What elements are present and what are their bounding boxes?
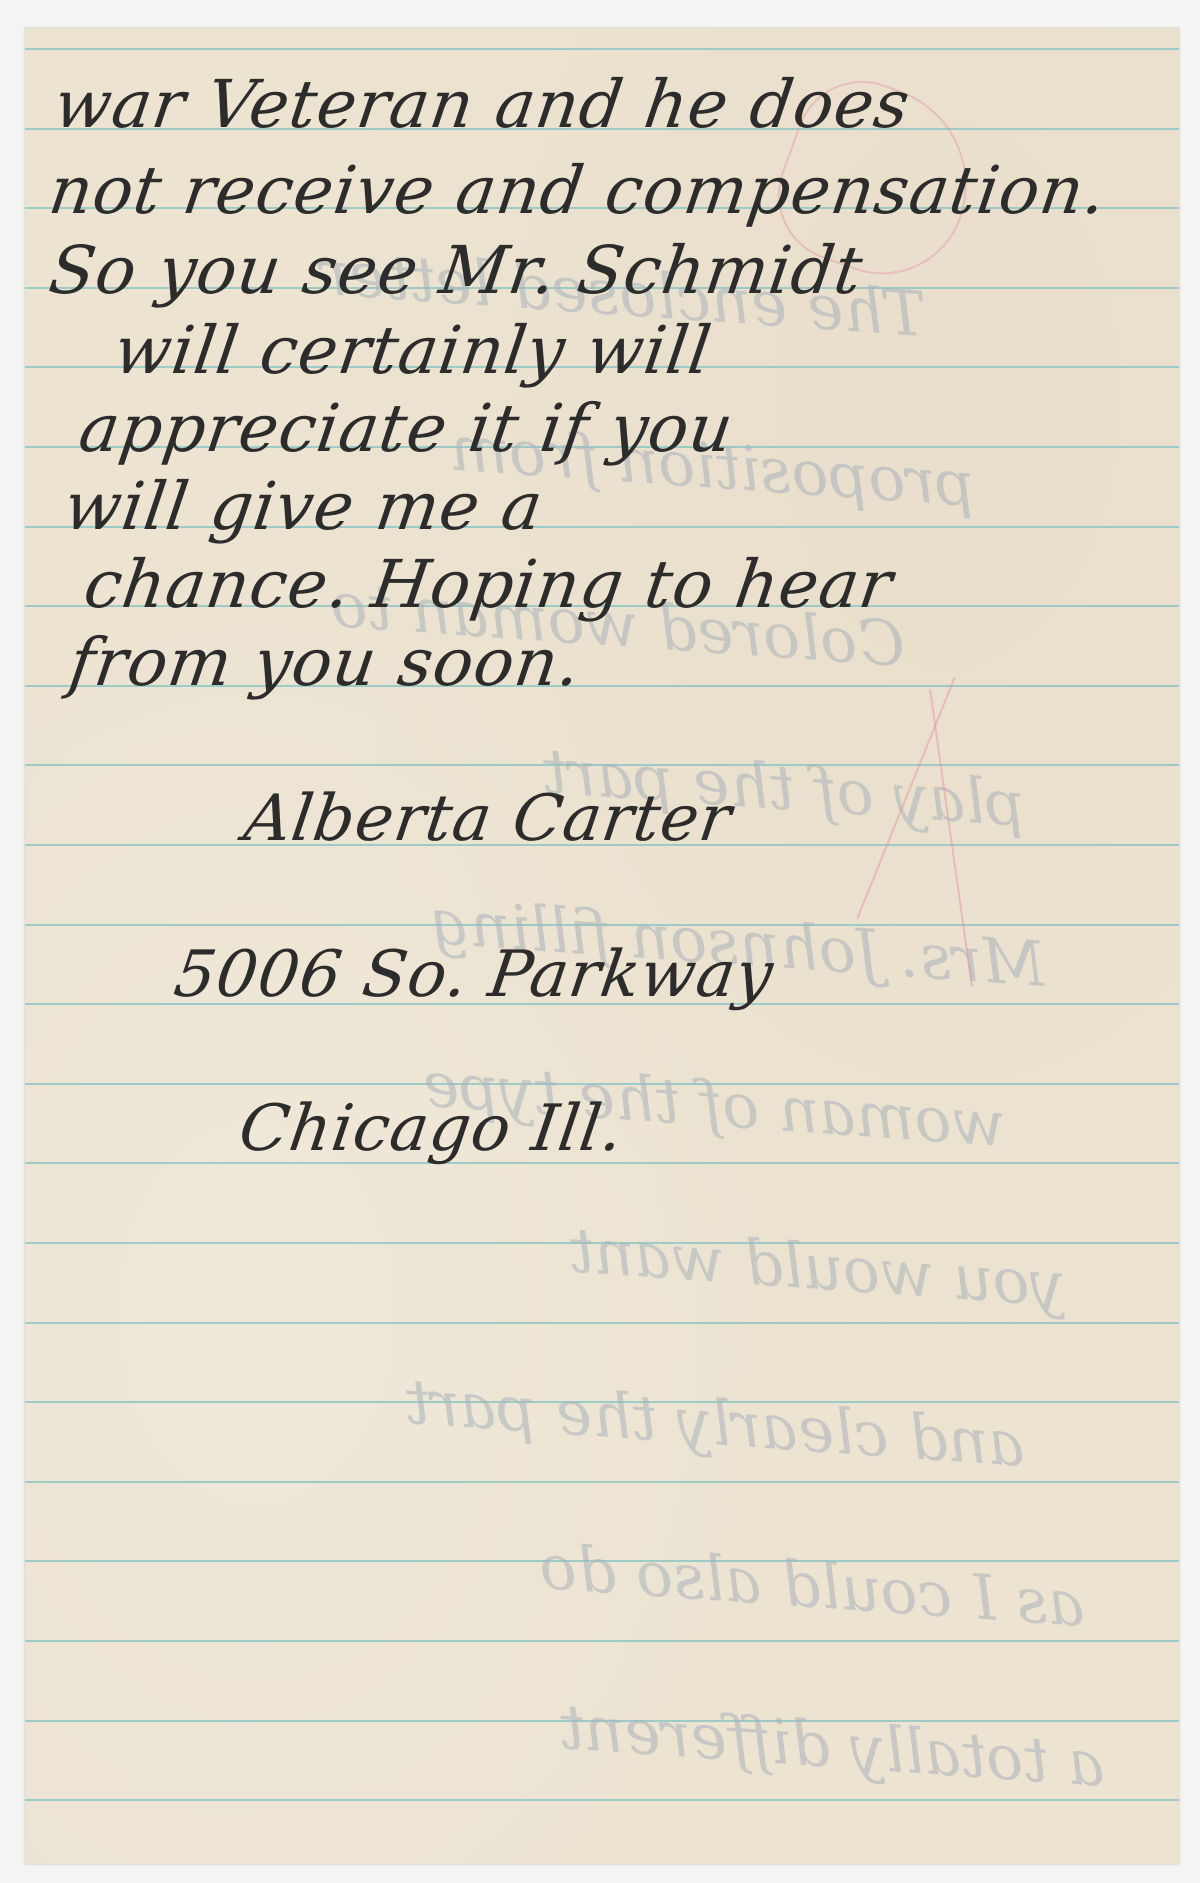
- letter-body-line: will certainly will: [110, 312, 717, 389]
- letter-body-line: war Veteran and he does: [50, 66, 915, 143]
- bleed-through-text: as I could also do: [537, 1530, 1087, 1641]
- letter-body-line: from you soon.: [65, 624, 586, 701]
- letter-body-line: So you see Mr. Schmidt: [45, 232, 868, 309]
- letter-body-line: chance. Hoping to hear: [80, 546, 898, 623]
- signature-name: Alberta Carter: [240, 782, 737, 856]
- ruled-line: [25, 1640, 1179, 1642]
- ruled-line: [25, 1799, 1179, 1801]
- bleed-through-text: a totally different: [557, 1690, 1107, 1801]
- letter-body-line: appreciate it if you: [75, 390, 739, 467]
- ruled-line: [25, 1481, 1179, 1483]
- letter-body-line: not receive and compensation.: [45, 152, 1112, 229]
- signature-address-city: Chicago Ill.: [235, 1092, 628, 1166]
- ruled-line: [25, 1322, 1179, 1324]
- letter-page: The enclosed letter proposition from Col…: [25, 28, 1179, 1864]
- signature-address-street: 5006 So. Parkway: [170, 938, 778, 1012]
- bleed-through-text: and clearly the part: [403, 1365, 1028, 1481]
- ruled-line: [25, 48, 1179, 50]
- bleed-through-text: you would want: [567, 1213, 1067, 1320]
- letter-body-line: will give me a: [60, 468, 548, 545]
